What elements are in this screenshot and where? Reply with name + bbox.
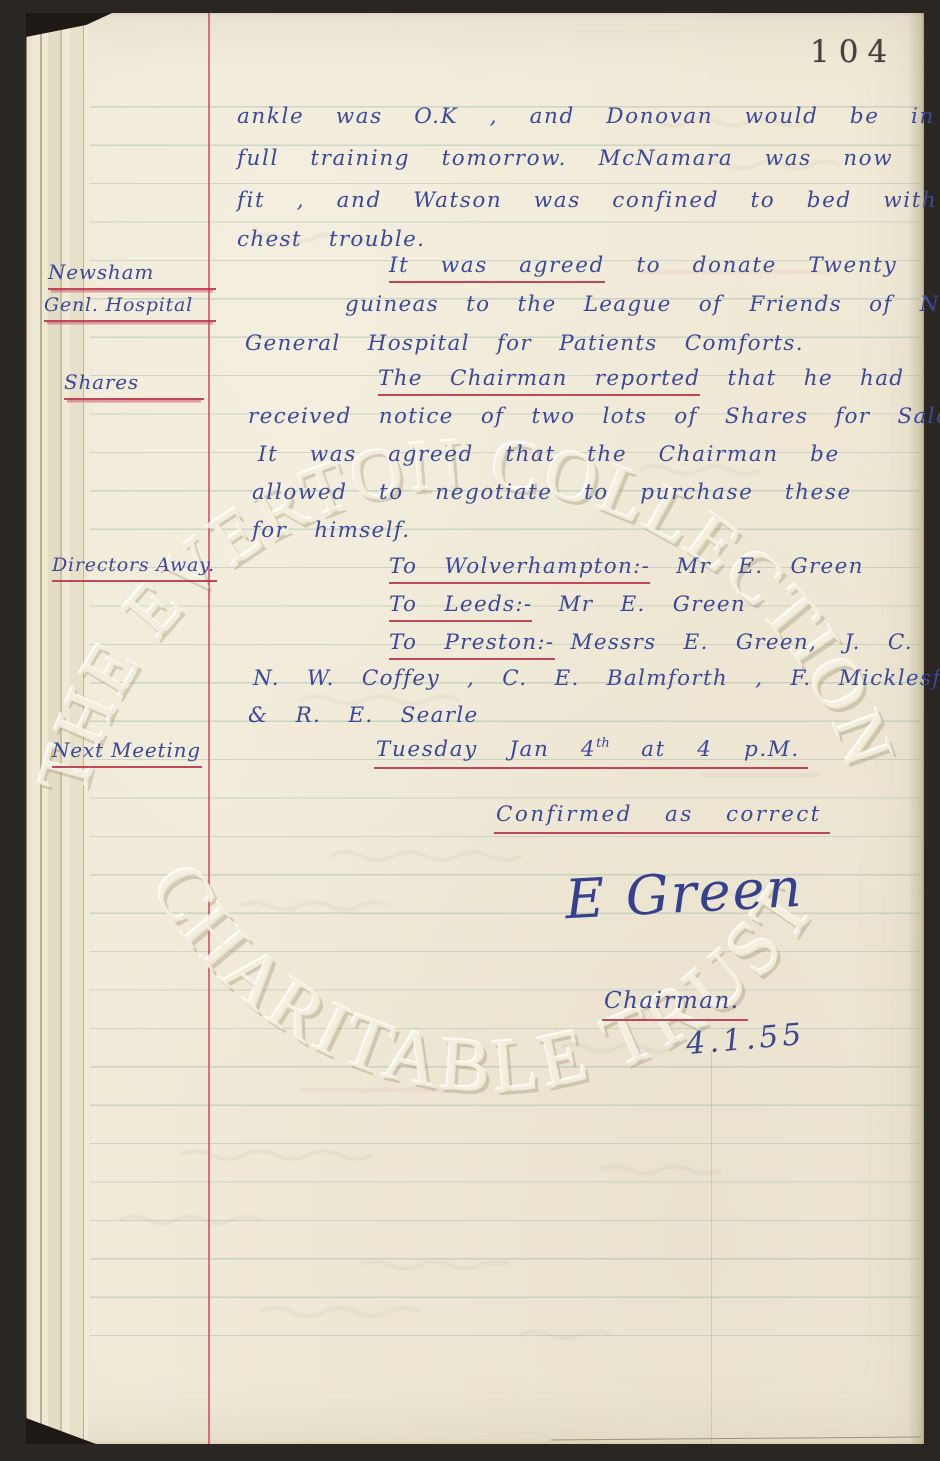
red-underlined-phrase: Chairman.: [602, 988, 748, 1021]
minutes-line-shares-3: It was agreed that the Chairman be: [258, 442, 840, 467]
minutes-line-directors-leeds: To Leeds:-Mr E. Green: [389, 592, 746, 617]
line-text: at 4 p.M.: [610, 737, 800, 762]
red-underlined-phrase: Confirmed as correct: [494, 802, 830, 834]
paper-crease: [711, 1050, 712, 1444]
minutes-line-injuries-2: full training tomorrow. McNamara was now: [237, 146, 893, 171]
margin-heading-shares: Shares: [64, 370, 204, 400]
minutes-line-directors-names-1: N. W. Coffey , C. E. Balmforth , F. Mick…: [253, 666, 940, 691]
minutes-line-directors-names-2: & R. E. Searle: [248, 703, 479, 728]
minutes-line-injuries-1: ankle was O.K , and Donovan would be in: [237, 104, 935, 129]
margin-heading-genl-hospital: Genl. Hospital: [44, 294, 216, 322]
minutes-line-shares-4: allowed to negotiate to purchase these: [252, 480, 852, 505]
line-text: Messrs E. Green, J. C. Sharp.: [571, 630, 940, 655]
signature-title: Chairman.: [602, 988, 748, 1014]
chairman-signature: E Green: [564, 856, 805, 931]
minutes-line-directors-wolves: To Wolverhampton:-Mr E. Green: [389, 554, 864, 579]
red-margin-rule: [208, 13, 210, 1444]
minutes-line-injuries-3: fit , and Watson was confined to bed wit…: [237, 188, 937, 213]
red-underlined-phrase: To Preston:-: [389, 630, 555, 660]
minutes-line-injuries-4: chest trouble.: [237, 227, 425, 252]
under-sheet-edge: [551, 1437, 921, 1441]
minutes-line-hospital-3: General Hospital for Patients Comforts.: [245, 331, 804, 356]
line-text: that he had: [700, 366, 904, 391]
line-text: Mr E. Green: [676, 554, 864, 579]
red-underlined-phrase: To Wolverhampton:-: [389, 554, 650, 584]
minutes-line-directors-preston: To Preston:-Messrs E. Green, J. C. Sharp…: [389, 630, 940, 655]
line-text: to donate Twenty: [605, 253, 897, 278]
minutes-line-shares-1: The Chairman reported that he had: [378, 366, 904, 391]
confirmation-line: Confirmed as correct: [494, 802, 830, 827]
minutes-line-hospital-1: It was agreed to donate Twenty: [389, 253, 897, 278]
margin-heading-newsham: Newsham: [48, 260, 216, 290]
left-binding-page-edges: [26, 13, 88, 1444]
line-text: Mr E. Green: [558, 592, 746, 617]
scanned-minute-book-photo: THE EVERTON COLLECTION THE EVERTON COLLE…: [0, 0, 940, 1461]
red-underlined-phrase: The Chairman reported: [378, 366, 700, 396]
red-underlined-phrase: To Leeds:-: [389, 592, 532, 622]
margin-heading-next-meeting: Next Meeting: [52, 738, 202, 768]
minutes-line-shares-2: received notice of two lots of Shares fo…: [248, 404, 940, 429]
margin-heading-directors-away: Directors Away.: [52, 554, 217, 582]
line-text: Tuesday Jan 4: [376, 737, 596, 762]
minutes-line-next-meeting: Tuesday Jan 4th at 4 p.M.: [374, 736, 808, 762]
red-underlined-phrase: Tuesday Jan 4th at 4 p.M.: [374, 737, 808, 769]
minutes-line-hospital-2: guineas to the League of Friends of News…: [345, 292, 940, 317]
red-underlined-phrase: It was agreed: [389, 253, 605, 283]
ordinal-superscript: th: [596, 736, 610, 751]
page-number-stamp: 104: [810, 34, 896, 70]
minutes-line-shares-5: for himself.: [252, 518, 410, 543]
